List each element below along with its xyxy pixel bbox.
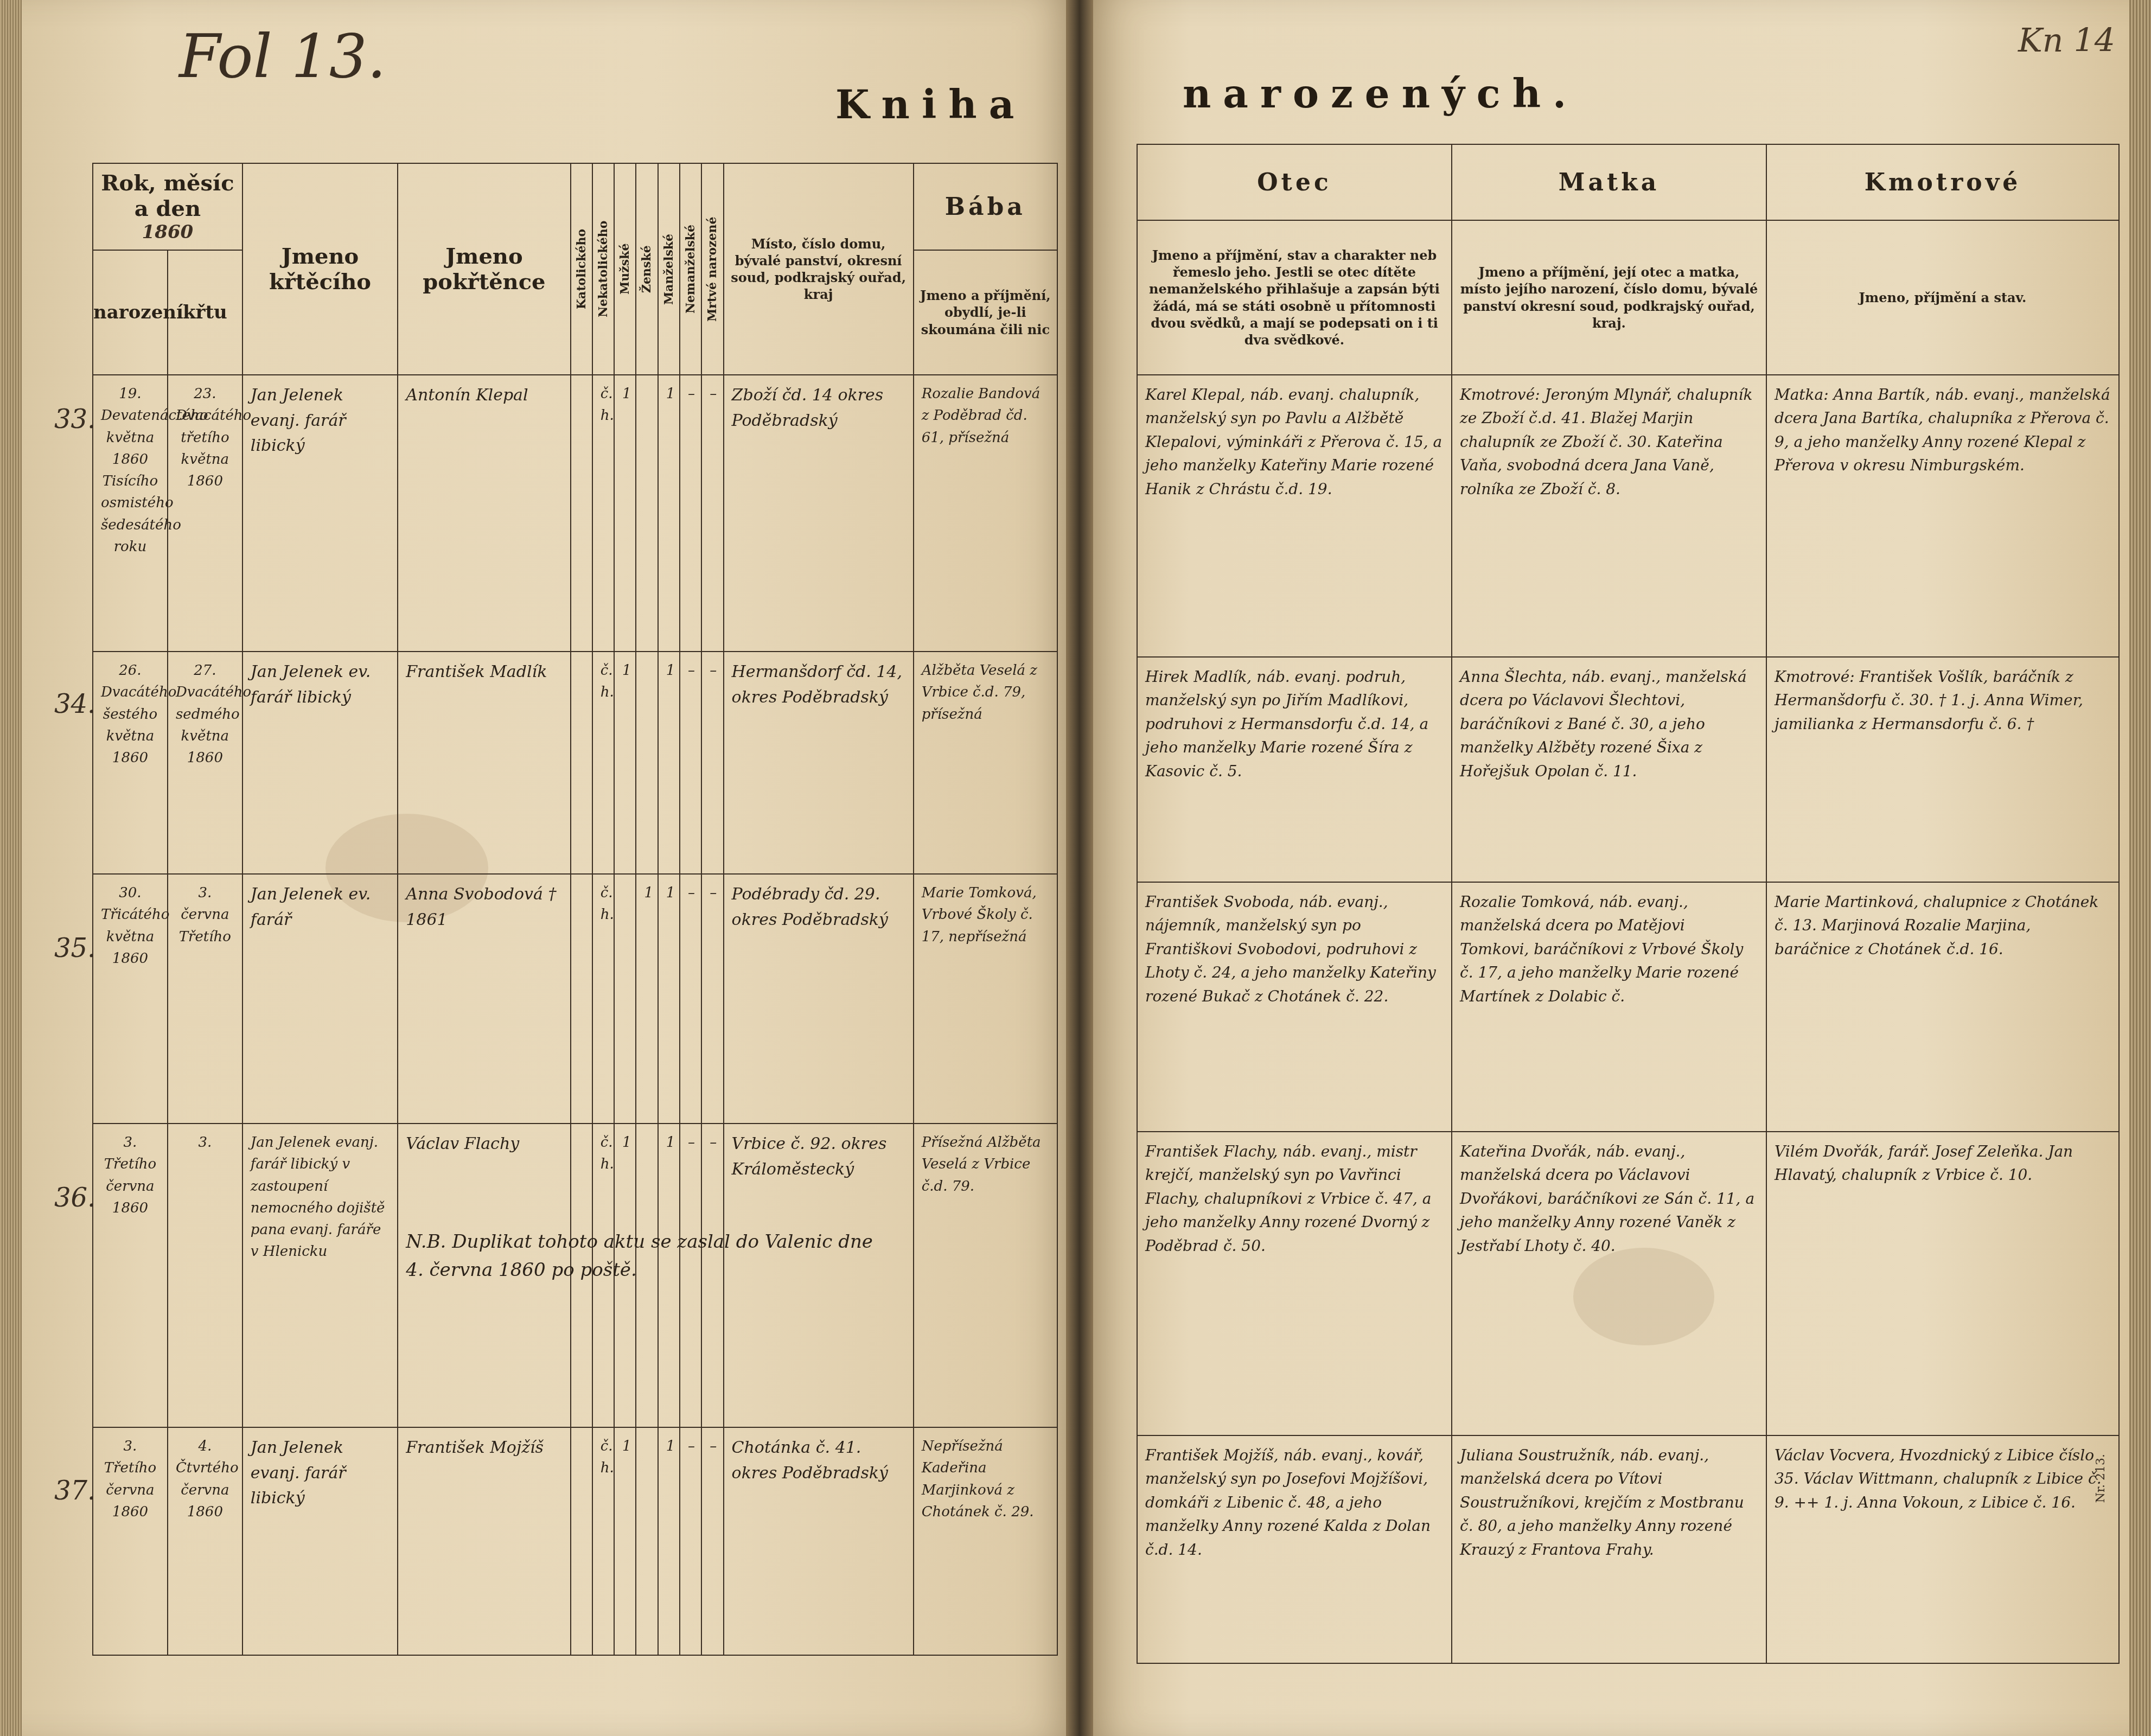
col-header-born: narození [93, 250, 168, 375]
mother-details: Kateřina Dvořák, náb. evanj., manželská … [1452, 1132, 1766, 1435]
page-stamp: Nr. 213. [2094, 1454, 2108, 1503]
mark-manzelske: 1 [658, 375, 680, 652]
entry-number: 34. [54, 689, 95, 719]
born-date: 19. Devatenáctého května 1860Tisícího os… [93, 375, 168, 652]
entry-row-36-right: František Flachy, náb. evanj., mistr kre… [1137, 1132, 2119, 1435]
mark-muzske [614, 874, 636, 1124]
col-header-katolicke: Katolického [571, 163, 592, 375]
entry-row-37: 3. Třetího června 1860 4. Čtvrtého červn… [93, 1427, 1057, 1655]
col-header-midwife: Bába [914, 163, 1057, 250]
father-details: František Mojžíš, náb. evanj., kovář, ma… [1137, 1435, 1452, 1663]
mark-muzske: 1 [614, 652, 636, 874]
midwife-name: Přísežná Alžběta Veselá z Vrbice č.d. 79… [914, 1124, 1057, 1427]
col-header-manzelske: Manželské [658, 163, 680, 375]
godparents-details: Kmotrové: František Vošlík, baráčník z H… [1766, 657, 2119, 882]
child-name: Anna Svobodová † 1861 [398, 874, 570, 1124]
entry-row-34: 26. Dvacátého šestého května 1860 27. Dv… [93, 652, 1057, 874]
mark-zenske [636, 375, 658, 652]
col-header-muzske: Mužské [614, 163, 636, 375]
mother-details: Anna Šlechta, náb. evanj., manželská dce… [1452, 657, 1766, 882]
corner-mark: Kn 14 [2018, 22, 2115, 60]
father-details: František Svoboda, náb. evanj., nájemník… [1137, 882, 1452, 1132]
col-header-priest: Jmeno křtěcího [242, 163, 398, 375]
mark-mrtve: – [701, 375, 723, 652]
mark-nemanzelske: – [680, 375, 701, 652]
mother-details: Rozalie Tomková, náb. evanj., manželská … [1452, 882, 1766, 1132]
mark-mrtve: – [701, 1427, 723, 1655]
col-header-godparents: Kmotrové [1766, 144, 2119, 220]
mark-zenske: 1 [636, 874, 658, 1124]
book-edge-right [2129, 0, 2151, 1736]
priest-name: Jan Jelenek evanj. farář libický v zasto… [242, 1124, 398, 1427]
baptism-date: 27. Dvacátého sedmého května 1860 [168, 652, 242, 874]
mark-nemanzelske: – [680, 874, 701, 1124]
mark-mrtve: – [701, 874, 723, 1124]
godparents-details: Vilém Dvořák, farář. Josef Zeleňka. Jan … [1766, 1132, 2119, 1435]
mark-manzelske: 1 [658, 652, 680, 874]
entry-row-34-right: Hirek Madlík, náb. evanj. podruh, manžel… [1137, 657, 2119, 882]
col-header-date-label: Rok, měsíc a den [93, 170, 242, 221]
duplicate-note: N.B. Duplikat tohoto aktu se zaslal do V… [406, 1228, 883, 1285]
entry-row-37-right: František Mojžíš, náb. evanj., kovář, ma… [1137, 1435, 2119, 1663]
father-details: Karel Klepal, náb. evanj. chalupník, man… [1137, 375, 1452, 657]
midwife-name: Rozalie Bandová z Poděbrad čd. 61, příse… [914, 375, 1057, 652]
book-gutter [1066, 0, 1093, 1736]
mother-details: Juliana Soustružník, náb. evanj., manžel… [1452, 1435, 1766, 1663]
child-name-text: Václav Flachy [406, 1132, 562, 1157]
midwife-name: Nepřísežná Kadeřina Marjinková z Chotáne… [914, 1427, 1057, 1655]
godparents-details: Matka: Anna Bartík, náb. evanj., manžels… [1766, 375, 2119, 657]
col-header-child: Jmeno pokřtěnce [398, 163, 570, 375]
entry-row-35: 30. Třicátého května 1860 3. června Třet… [93, 874, 1057, 1124]
mark-manzelske: 1 [658, 874, 680, 1124]
page-title-left: Kniha [835, 81, 1026, 127]
entry-row-33-right: Karel Klepal, náb. evanj. chalupník, man… [1137, 375, 2119, 657]
col-header-godparents-sub: Jmeno, příjmění a stav. [1766, 220, 2119, 375]
birth-place: Podébrady čd. 29. okres Poděbradský [724, 874, 914, 1124]
born-date: 26. Dvacátého šestého května 1860 [93, 652, 168, 874]
priest-name: Jan Jelenek ev. farář libický [242, 652, 398, 874]
col-header-father-sub: Jmeno a příjmění, stav a charakter neb ř… [1137, 220, 1452, 375]
page-title-right: narozených. [1183, 71, 1578, 117]
priest-name: Jan Jelenek evanj. farář libický [242, 1427, 398, 1655]
midwife-name: Alžběta Veselá z Vrbice č.d. 79, přísežn… [914, 652, 1057, 874]
entry-number: 33. [54, 404, 95, 435]
father-details: František Flachy, náb. evanj., mistr kre… [1137, 1132, 1452, 1435]
register-spread: Fol 13. Kniha narozených. Kn 14 Rok, měs… [0, 0, 2151, 1736]
baptism-date: 23. Dvacátého třetího května 1860 [168, 375, 242, 652]
mark-katolicke [571, 375, 592, 652]
entry-row-33: 19. Devatenáctého května 1860Tisícího os… [93, 375, 1057, 652]
mark-zenske [636, 1427, 658, 1655]
mark-katolicke [571, 652, 592, 874]
mark-manzelske: 1 [658, 1427, 680, 1655]
mother-details: Kmotrové: Jeroným Mlynář, chalupník ze Z… [1452, 375, 1766, 657]
baptism-date: 3. června Třetího [168, 874, 242, 1124]
entry-row-36: 3. Třetího června 1860 3. Jan Jelenek ev… [93, 1124, 1057, 1427]
baptism-date: 3. [168, 1124, 242, 1427]
col-header-place: Místo, číslo domu, bývalé panství, okres… [724, 163, 914, 375]
mark-zenske [636, 652, 658, 874]
birth-place: Chotánka č. 41. okres Poděbradský [724, 1427, 914, 1655]
child-name: František Mojžíš [398, 1427, 570, 1655]
birth-place: Zboží čd. 14 okres Poděbradský [724, 375, 914, 652]
entry-number: 37. [54, 1476, 95, 1506]
register-table-right: Otec Matka Kmotrové Jmeno a příjmění, st… [1137, 144, 2120, 1664]
mark-nemanzelske: – [680, 652, 701, 874]
priest-name: Jan Jelenek evanj. farář libický [242, 375, 398, 652]
register-table-left: Rok, měsíc a den 1860 Jmeno křtěcího Jme… [92, 163, 1058, 1656]
mark-katolicke [571, 1427, 592, 1655]
birth-place: Hermanšdorf čd. 14, okres Poděbradský [724, 652, 914, 874]
godparents-details: Marie Martinková, chalupnice z Chotánek … [1766, 882, 2119, 1132]
born-date: 3. Třetího června 1860 [93, 1427, 168, 1655]
midwife-name: Marie Tomková, Vrbové Školy č. 17, nepří… [914, 874, 1057, 1124]
book-edge-left [0, 0, 24, 1736]
mark-katolicke [571, 874, 592, 1124]
mark-nekatolicke: č. h. [592, 874, 614, 1124]
col-header-nekatolicke: Nekatolického [592, 163, 614, 375]
entry-number: 35. [54, 933, 95, 963]
col-header-zenske: Ženské [636, 163, 658, 375]
child-name: Antonín Klepal [398, 375, 570, 652]
col-header-mrtve: Mrtvé narozené [701, 163, 723, 375]
col-header-father: Otec [1137, 144, 1452, 220]
col-header-midwife-sub: Jmeno a příjmění, obydlí, je-li skoumána… [914, 250, 1057, 375]
child-name: František Madlík [398, 652, 570, 874]
mark-nekatolicke: č. h. [592, 652, 614, 874]
year-handwritten: 1860 [93, 221, 242, 243]
col-header-date: Rok, měsíc a den 1860 [93, 163, 242, 250]
priest-name: Jan Jelenek ev. farář [242, 874, 398, 1124]
mark-muzske: 1 [614, 375, 636, 652]
mark-mrtve: – [701, 652, 723, 874]
mark-nemanzelske: – [680, 1427, 701, 1655]
col-header-mother: Matka [1452, 144, 1766, 220]
mark-muzske: 1 [614, 1427, 636, 1655]
col-header-mother-sub: Jmeno a příjmění, její otec a matka, mís… [1452, 220, 1766, 375]
baptism-date: 4. Čtvrtého června 1860 [168, 1427, 242, 1655]
father-details: Hirek Madlík, náb. evanj. podruh, manžel… [1137, 657, 1452, 882]
entry-number: 36. [54, 1183, 95, 1213]
col-header-nemanzelske: Nemanželské [680, 163, 701, 375]
born-date: 30. Třicátého května 1860 [93, 874, 168, 1124]
godparents-details: Václav Vocvera, Hvozdnický z Libice čísl… [1766, 1435, 2119, 1663]
mark-nekatolicke: č. h. [592, 1427, 614, 1655]
born-date: 3. Třetího června 1860 [93, 1124, 168, 1427]
child-name: Václav Flachy N.B. Duplikat tohoto aktu … [398, 1124, 570, 1427]
folio-number: Fol 13. [179, 22, 386, 91]
mark-nekatolicke: č. h. [592, 375, 614, 652]
entry-row-35-right: František Svoboda, náb. evanj., nájemník… [1137, 882, 2119, 1132]
